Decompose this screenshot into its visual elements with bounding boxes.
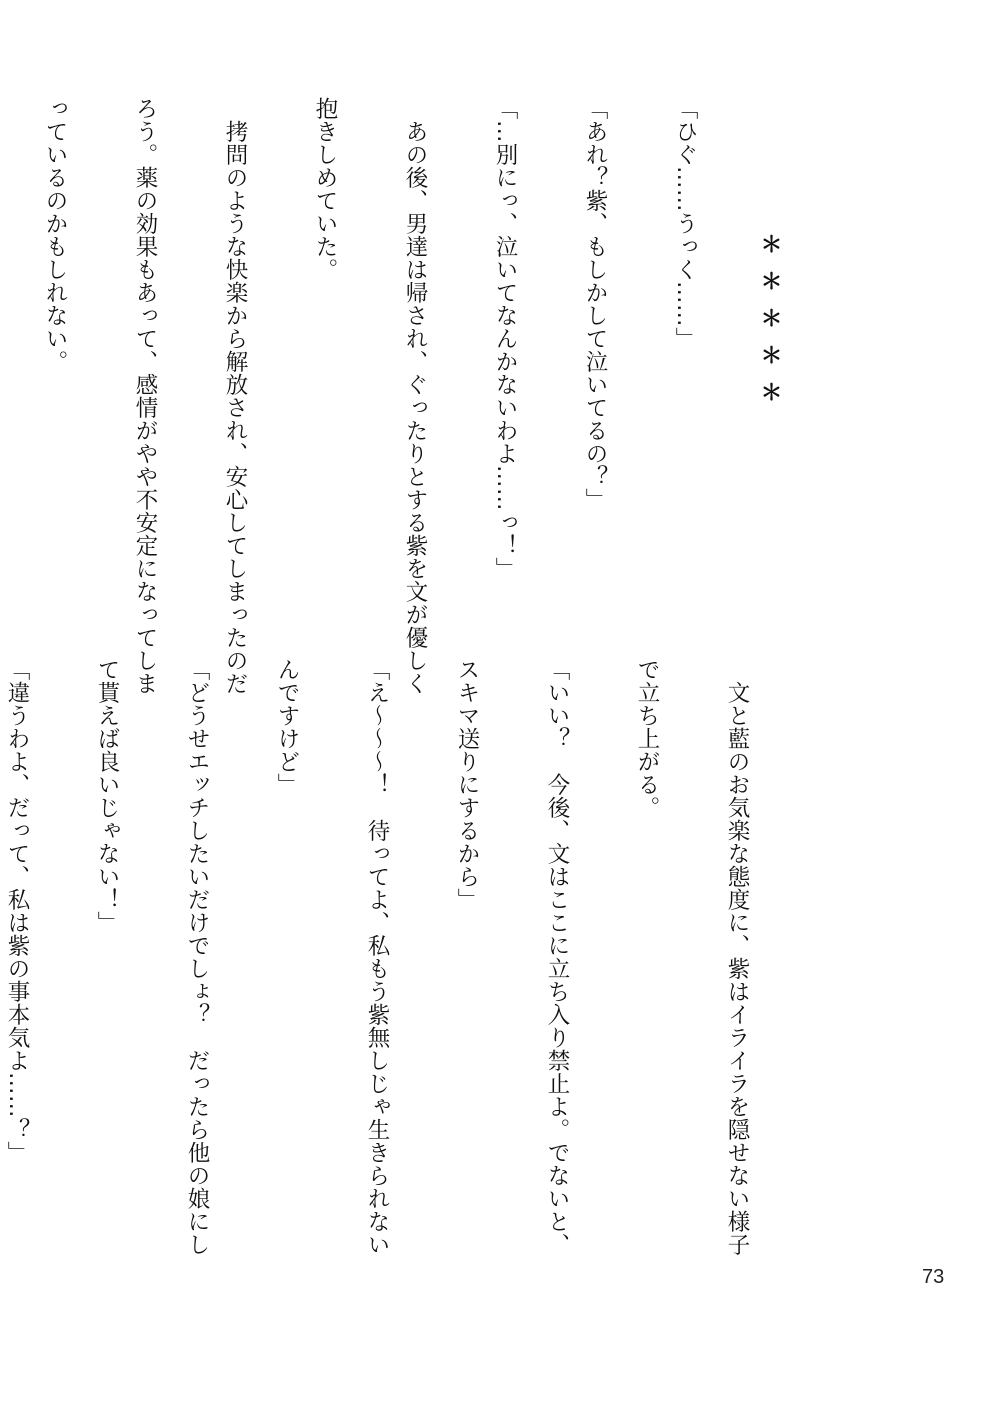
text-line: 「ひぐ……うっく……」 [670,97,700,617]
book-page: ＊＊＊＊＊ 「ひぐ……うっく……」 「あれ？紫、もしかして泣いてるの？」 「…別… [0,0,1000,1423]
text-line: スキマ送りにするから」 [452,658,482,1183]
text-block-bottom: 文と藍のお気楽な態度に、紫はイライラを隠せない様子 で立ち上がる。 「いい？ 今… [0,658,812,1183]
scene-break-asterisks: ＊＊＊＊＊ [757,233,781,418]
text-line: 「どうせエッチしたいだけでしょ？ だったら他の娘にし [182,658,212,1183]
text-line: て貰えば良いじゃない！」 [92,658,122,1183]
text-line: んですけど」 [272,658,302,1183]
text-line: 「え～～～！ 待ってよ、私もう紫無しじゃ生きられない [362,658,392,1183]
text-line: 「あれ？紫、もしかして泣いてるの？」 [580,97,610,617]
text-line: 「…別にっ、泣いてなんかないわよ……っ！」 [490,97,520,617]
text-line: で立ち上がる。 [632,658,662,1183]
text-line: あの後、男達は帰され、ぐったりとする紫を文が優しく [400,97,430,617]
text-line: ろう。薬の効果もあって、感情がやや不安定になってしま [130,97,160,617]
text-line: 文と藍のお気楽な態度に、紫はイライラを隠せない様子 [722,658,752,1183]
text-line: 「違うわよ、だって、私は紫の事本気よ……？」 [2,658,32,1183]
text-line: 抱きしめていた。 [310,97,340,617]
text-line: っているのかもしれない。 [40,97,70,617]
page-number: 73 [922,1266,944,1289]
text-line: 「いい？ 今後、文はここに立ち入り禁止よ。でないと、 [542,658,572,1183]
text-line: 拷問のような快楽から解放され、安心してしまったのだ [220,97,250,617]
text-block-top: 「ひぐ……うっく……」 「あれ？紫、もしかして泣いてるの？」 「…別にっ、泣いて… [0,97,760,617]
